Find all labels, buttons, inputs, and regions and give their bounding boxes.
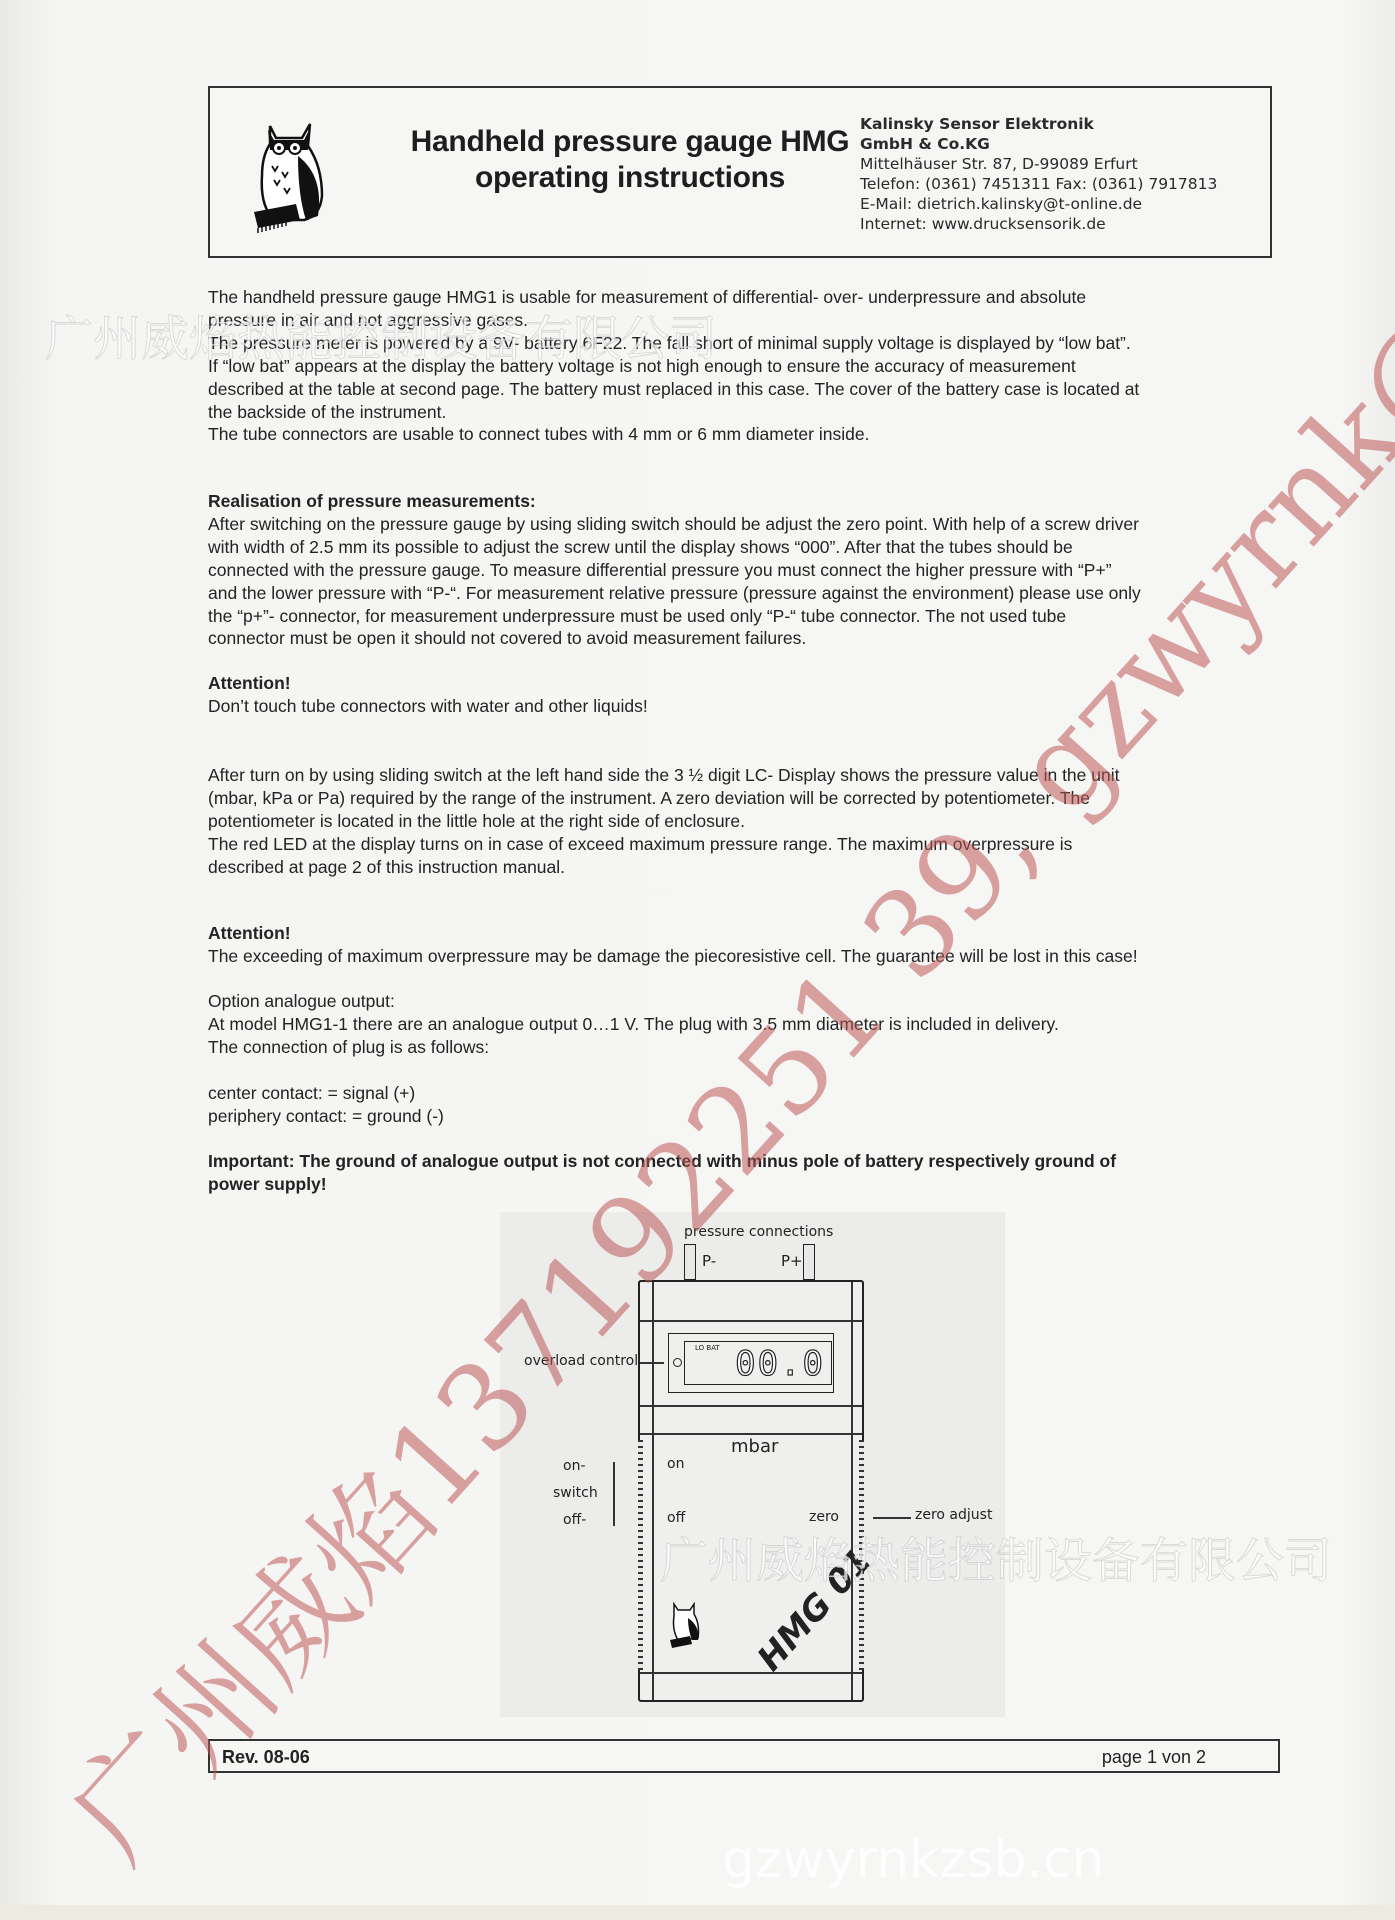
device-edge-line (640, 1433, 862, 1435)
text-line: described at page 2 of this instruction … (208, 856, 1278, 879)
attention-heading: Attention! (208, 672, 1278, 695)
zero-label: zero (809, 1509, 839, 1525)
realisation-section: Realisation of pressure measurements: Af… (208, 490, 1278, 650)
off-label: off (667, 1510, 685, 1526)
important-note: Important: The ground of analogue output… (208, 1150, 1278, 1173)
title-line-1: Handheld pressure gauge HMG (350, 124, 910, 160)
revision-label: Rev. 08-06 (222, 1747, 310, 1768)
p-minus-connector-icon (684, 1244, 696, 1280)
company-email: E-Mail: dietrich.kalinsky@t-online.de (860, 194, 1270, 214)
page-number: page 1 von 2 (1102, 1747, 1206, 1768)
owl-logo-icon (668, 1600, 702, 1648)
company-contact: Kalinsky Sensor Elektronik GmbH & Co.KG … (860, 114, 1270, 234)
switch-label: switch (553, 1485, 598, 1501)
text-line: After turn on by using sliding switch at… (208, 764, 1278, 787)
company-name: Kalinsky Sensor Elektronik (860, 114, 1270, 134)
device-edge-line (640, 1405, 862, 1407)
text-line: The exceeding of maximum overpressure ma… (208, 945, 1278, 968)
switch-off-label: off- (563, 1512, 586, 1528)
analogue-output-section: Option analogue output: At model HMG1-1 … (208, 990, 1278, 1196)
device-edge-line (851, 1282, 853, 1700)
text-line: At model HMG1-1 there are an analogue ou… (208, 1013, 1278, 1036)
text-line: connected with the pressure gauge. To me… (208, 559, 1278, 582)
attention-overpressure-section: Attention! The exceeding of maximum over… (208, 922, 1278, 968)
title-line-2: operating instructions (350, 160, 910, 196)
company-address: Mittelhäuser Str. 87, D-99089 Erfurt (860, 154, 1270, 174)
owl-logo-icon (252, 116, 332, 234)
device-edge-line (640, 1672, 862, 1674)
on-label: on (667, 1456, 684, 1472)
scan-edge (0, 1905, 1395, 1920)
p-plus-connector-icon (803, 1244, 815, 1280)
section-heading: Option analogue output: (208, 990, 1278, 1013)
overload-led-icon (673, 1358, 682, 1367)
arrow-right-icon (640, 1362, 664, 1364)
document-title: Handheld pressure gauge HMG operating in… (350, 124, 910, 196)
switch-grip-icon (638, 1440, 643, 1670)
text-line: After switching on the pressure gauge by… (208, 513, 1278, 536)
p-minus-label: P- (702, 1252, 716, 1270)
text-line: (mbar, kPa or Pa) required by the range … (208, 787, 1278, 810)
unit-label: mbar (731, 1436, 778, 1457)
pressure-connections-label: pressure connections (684, 1224, 833, 1240)
text-line: and the lower pressure with “P-“. For me… (208, 582, 1278, 605)
text-line: The pressure meter is powered by a 9V- b… (208, 332, 1278, 355)
company-phone: Telefon: (0361) 7451311 Fax: (0361) 7917… (860, 174, 1270, 194)
lo-bat-indicator: LO BAT (695, 1344, 720, 1352)
important-note: power supply! (208, 1173, 1278, 1196)
text-line: The red LED at the display turns on in c… (208, 833, 1278, 856)
p-plus-label: P+ (781, 1252, 803, 1270)
intro-section: The handheld pressure gauge HMG1 is usab… (208, 286, 1278, 446)
zero-adjust-label: zero adjust (915, 1507, 992, 1523)
company-legal: GmbH & Co.KG (860, 134, 1270, 154)
text-line: periphery contact: = ground (-) (208, 1105, 1278, 1128)
attention-heading: Attention! (208, 922, 1278, 945)
text-line: The handheld pressure gauge HMG1 is usab… (208, 286, 1278, 309)
section-heading: Realisation of pressure measurements: (208, 490, 1278, 513)
text-line: Don’t touch tube connectors with water a… (208, 695, 1278, 718)
lcd-screen: LO BAT 00.0 (684, 1341, 832, 1385)
text-line: If “low bat” appears at the display the … (208, 355, 1278, 378)
text-line: pressure in air and not aggressive gases… (208, 309, 1278, 332)
display-value: 00.0 (735, 1347, 825, 1381)
device-edge-line (640, 1320, 862, 1322)
document-header: Handheld pressure gauge HMG operating in… (208, 86, 1272, 258)
text-line: center contact: = signal (+) (208, 1082, 1278, 1105)
display-info-section: After turn on by using sliding switch at… (208, 764, 1278, 879)
text-line: The connection of plug is as follows: (208, 1036, 1278, 1059)
text-line: the backside of the instrument. (208, 401, 1278, 424)
text-line: the “p+”- connector, for measurement und… (208, 605, 1278, 628)
text-line: The tube connectors are usable to connec… (208, 423, 1278, 446)
page-footer: Rev. 08-06 page 1 von 2 (208, 1739, 1280, 1773)
text-line: with width of 2.5 mm its possible to adj… (208, 536, 1278, 559)
device-edge-line (652, 1282, 654, 1700)
arrow-left-icon (873, 1517, 911, 1519)
attention-water-section: Attention! Don’t touch tube connectors w… (208, 672, 1278, 718)
lcd-display: LO BAT 00.0 (668, 1333, 834, 1393)
up-down-arrow-icon (613, 1462, 615, 1526)
text-line: potentiometer is located in the little h… (208, 810, 1278, 833)
company-website: Internet: www.drucksensorik.de (860, 214, 1270, 234)
text-line: described at the table at second page. T… (208, 378, 1278, 401)
text-line: connector must be open it should not cov… (208, 627, 1278, 650)
overload-control-label: overload control (524, 1353, 638, 1369)
switch-on-label: on- (563, 1458, 586, 1474)
